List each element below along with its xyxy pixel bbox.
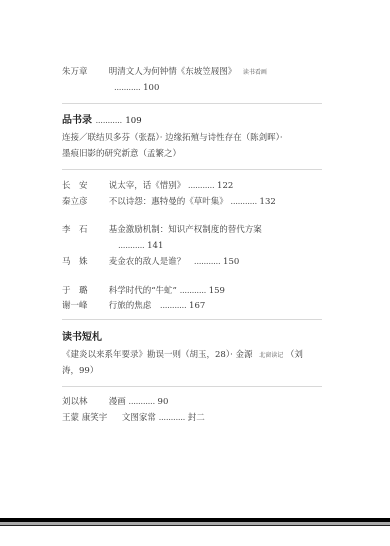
entry-title: 文图家常	[122, 413, 156, 423]
summary-text: 《建炎以来系年要录》勘误一则（胡玉，28）· 金源	[62, 350, 252, 360]
section-heading-text: 品书录	[62, 115, 92, 126]
entry-author: 王蒙 康笑宇	[62, 413, 107, 423]
entry-author: 谢一峰	[62, 300, 100, 312]
section-summary-line: 涛，99）	[62, 365, 98, 377]
section-summary-line: 连接／联结贝多芬（张磊）· 边缘拓殖与诗性存在（陈剑晖）·	[62, 132, 283, 144]
toc-entry[interactable]: 朱万章 明清文人为何钟情《东坡笠屐图》 读书看画	[62, 66, 267, 79]
toc-entry[interactable]: 谢一峰 行旅的焦虑 ........... 167	[62, 300, 205, 312]
leader-dots: ...........	[118, 241, 144, 251]
leader-dots: ...........	[160, 301, 186, 311]
toc-entry-page-line: ........... 100	[114, 82, 159, 94]
entry-author: 秦立彦	[62, 196, 100, 208]
entry-page: 100	[143, 83, 159, 93]
entry-title: 不以诗怨：惠特曼的《草叶集》	[109, 197, 228, 207]
footer-rule-thin	[0, 525, 390, 526]
toc-entry[interactable]: 于 璐 科学时代的“牛虻” ........... 159	[62, 285, 225, 297]
entry-author: 李 石	[62, 224, 100, 236]
entry-page: 150	[223, 257, 239, 267]
toc-entry-page-line: ........... 141	[118, 240, 163, 252]
section-heading-pinshulu[interactable]: 品书录 ........... 109	[62, 114, 142, 128]
entry-author: 于 璐	[62, 285, 100, 297]
leader-dots: ...........	[159, 413, 185, 423]
leader-dots: ...........	[230, 197, 256, 207]
divider	[62, 169, 322, 170]
divider	[62, 103, 322, 104]
leader-dots: ...........	[128, 397, 154, 407]
entry-author: 马 姝	[62, 256, 100, 268]
toc-entry[interactable]: 刘以林 漫画 ........... 90	[62, 396, 168, 408]
column-label: 北窗读记	[259, 352, 283, 359]
entry-title: 基金激励机制：知识产权制度的替代方案	[109, 225, 262, 235]
entry-title: 科学时代的“牛虻”	[109, 286, 177, 296]
divider	[62, 386, 322, 387]
leader-dots: ...........	[114, 83, 140, 93]
table-of-contents-page: 朱万章 明清文人为何钟情《东坡笠屐图》 读书看画 ........... 100…	[0, 0, 390, 546]
leader-dots: ...........	[188, 181, 214, 191]
entry-title: 明清文人为何钟情《东坡笠屐图》	[109, 67, 237, 77]
entry-page: 封二	[188, 413, 205, 423]
entry-page: 159	[209, 286, 225, 296]
leader-dots: ...........	[95, 116, 121, 126]
toc-entry[interactable]: 长 安 说太宰，话《惜别》 ........... 122	[62, 180, 233, 192]
entry-author: 朱万章	[62, 66, 100, 78]
toc-entry[interactable]: 王蒙 康笑宇 文图家常 ........... 封二	[62, 412, 205, 424]
entry-page: 167	[189, 301, 205, 311]
toc-entry[interactable]: 马 姝 麦金农的敌人是谁？ ........... 150	[62, 256, 239, 268]
divider	[62, 319, 322, 320]
section-summary-line: 墨痕旧影的研究新意（孟繁之）	[62, 148, 181, 160]
entry-title: 行旅的焦虑	[109, 301, 152, 311]
entry-page: 132	[260, 197, 276, 207]
entry-author: 长 安	[62, 180, 100, 192]
section-heading-duanzha[interactable]: 读书短札	[62, 331, 102, 345]
summary-text: （刘	[286, 350, 303, 360]
leader-dots: ...........	[180, 286, 206, 296]
entry-page: 90	[158, 397, 169, 407]
toc-entry[interactable]: 李 石 基金激励机制：知识产权制度的替代方案	[62, 224, 262, 236]
section-summary-line: 《建炎以来系年要录》勘误一则（胡玉，28）· 金源 北窗读记 （刘	[62, 349, 303, 362]
entry-title: 说太宰，话《惜别》	[109, 181, 186, 191]
entry-page: 141	[147, 241, 163, 251]
leader-dots: ...........	[194, 257, 220, 267]
entry-page: 122	[217, 181, 233, 191]
entry-author: 刘以林	[62, 396, 100, 408]
column-label: 读书看画	[243, 69, 267, 76]
toc-entry[interactable]: 秦立彦 不以诗怨：惠特曼的《草叶集》 ........... 132	[62, 196, 276, 208]
entry-title: 漫画	[109, 397, 126, 407]
entry-title: 麦金农的敌人是谁？	[109, 257, 186, 267]
section-page: 109	[125, 116, 141, 126]
